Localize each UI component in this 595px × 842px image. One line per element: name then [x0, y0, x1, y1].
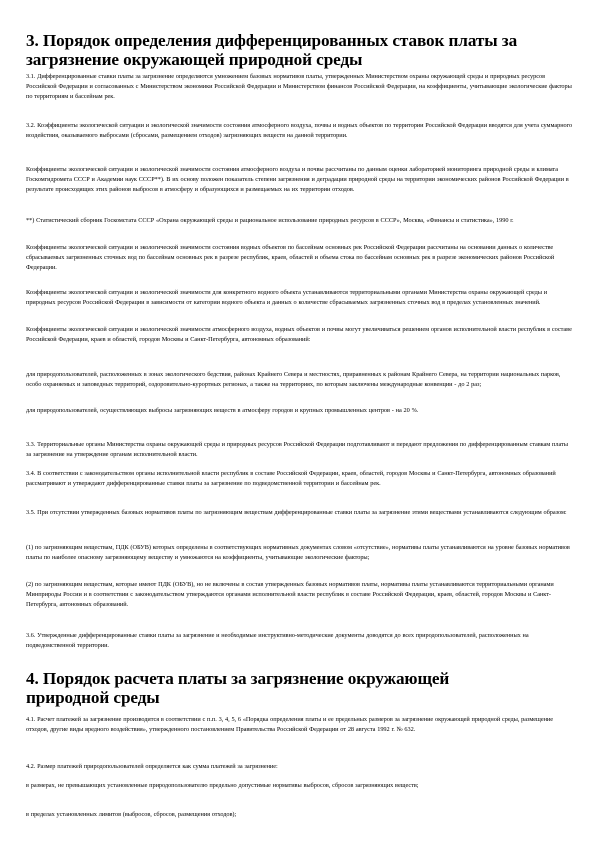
paragraph-water-coefficients: Коэффициенты экологической ситуации и эк…	[26, 243, 573, 274]
section-3-heading: 3. Порядок определения дифференцированны…	[26, 31, 571, 69]
paragraph-3-5-item-1: (1) по загрязняющим веществам, ПДК (ОБУВ…	[26, 543, 573, 563]
paragraph-4-1: 4.1. Расчет платежей за загрязнение прои…	[26, 715, 573, 735]
footnote-statistics: **) Статистический сборник Госкомстата С…	[26, 216, 573, 226]
paragraph-coefficient-increase: Коэффициенты экологической ситуации и эк…	[26, 325, 573, 345]
document-page: 3. Порядок определения дифференцированны…	[0, 0, 595, 842]
paragraph-3-6: 3.6. Утвержденные дифференцированные ста…	[26, 631, 573, 651]
paragraph-cities-20-percent: для природопользователей, осуществляющих…	[26, 406, 573, 416]
paragraph-within-limits: в пределах установленных лимитов (выброс…	[26, 810, 573, 820]
paragraph-disaster-zones: для природопользователей, расположенных …	[26, 370, 573, 390]
paragraph-water-object-coefficients: Коэффициенты экологической ситуации и эк…	[26, 288, 573, 308]
paragraph-3-4: 3.4. В соответствии с законодательством …	[26, 469, 573, 489]
paragraph-within-norms: в размерах, не превышающих установленные…	[26, 781, 573, 791]
paragraph-3-2: 3.2. Коэффициенты экологической ситуации…	[26, 121, 573, 141]
paragraph-3-5: 3.5. При отсутствии утвержденных базовых…	[26, 508, 573, 518]
paragraph-3-5-item-2: (2) по загрязняющим веществам, которые и…	[26, 580, 573, 611]
section-4-heading: 4. Порядок расчета платы за загрязнение …	[26, 669, 526, 707]
paragraph-3-3: 3.3. Территориальные органы Министерства…	[26, 440, 573, 460]
paragraph-3-1: 3.1. Дифференцированные ставки платы за …	[26, 72, 573, 103]
paragraph-4-2: 4.2. Размер платежей природопользователе…	[26, 762, 573, 772]
paragraph-air-soil-coefficients: Коэффициенты экологической ситуации и эк…	[26, 165, 573, 196]
